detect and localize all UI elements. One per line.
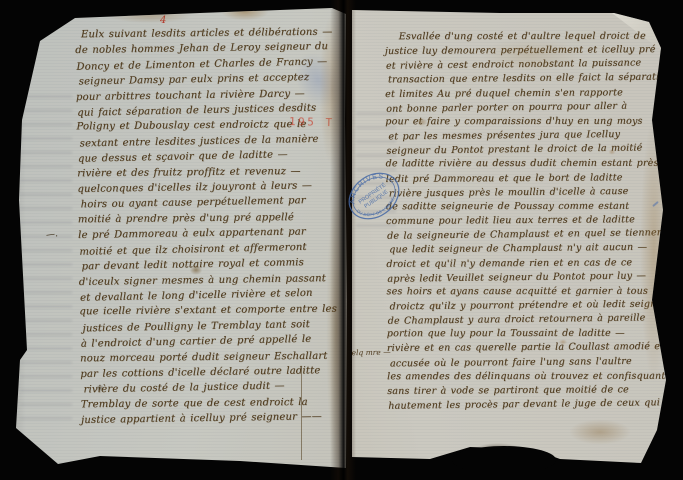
manuscript-line: hautement les procès par devant le juge … [388, 396, 664, 414]
manuscript-line: nouz morceau porté dudit seigneur Eschal… [80, 348, 338, 366]
manuscript-line: accusée où le pourront faire l'ung sans … [390, 354, 666, 371]
red-shelfmark-stamp: 195 T II [289, 115, 362, 130]
manuscript-scan: Eulx suivant lesdits articles et délibér… [0, 0, 683, 480]
left-page-text: Eulx suivant lesdits articles et délibér… [75, 24, 339, 429]
torn-edge-notch [452, 446, 556, 474]
manuscript-line: de saditte seigneurie de Poussay comme e… [386, 200, 662, 215]
manuscript-line: de laditte rivière au dessus dudit chemi… [386, 157, 662, 172]
archive-stamp-icon: ARCHIVES PROPRIÉTÉ PUBLIQUE DU DÉPT DE L… [336, 152, 412, 240]
ink-margin-rule [301, 368, 302, 460]
manuscript-line: portion que luy pour la Toussaint de lad… [387, 327, 663, 342]
manuscript-line: Esvallée d'ung costé et d'aultre lequel … [385, 30, 661, 45]
margin-note: quelq mre — [342, 348, 391, 358]
manuscript-line: les amendes des délinquans où trouvez et… [387, 370, 663, 385]
verso-show-through [20, 95, 72, 425]
right-page-text: Esvallée d'ung costé et d'aultre lequel … [385, 29, 664, 413]
manuscript-line: moitié à prendre près d'ung pré appellé [78, 210, 336, 228]
red-folio-mark: 4 [160, 15, 166, 26]
manuscript-line: rivière et des fruitz proffitz et revenu… [77, 163, 335, 181]
archive-stamp: ARCHIVES PROPRIÉTÉ PUBLIQUE DU DÉPT DE L… [336, 152, 412, 240]
margin-dash-mark: —. [45, 229, 58, 241]
manuscript-line: rivière jusques près le moullin d'icelle… [389, 184, 665, 201]
manuscript-line: Eulx suivant lesdits articles et délibér… [75, 25, 333, 43]
